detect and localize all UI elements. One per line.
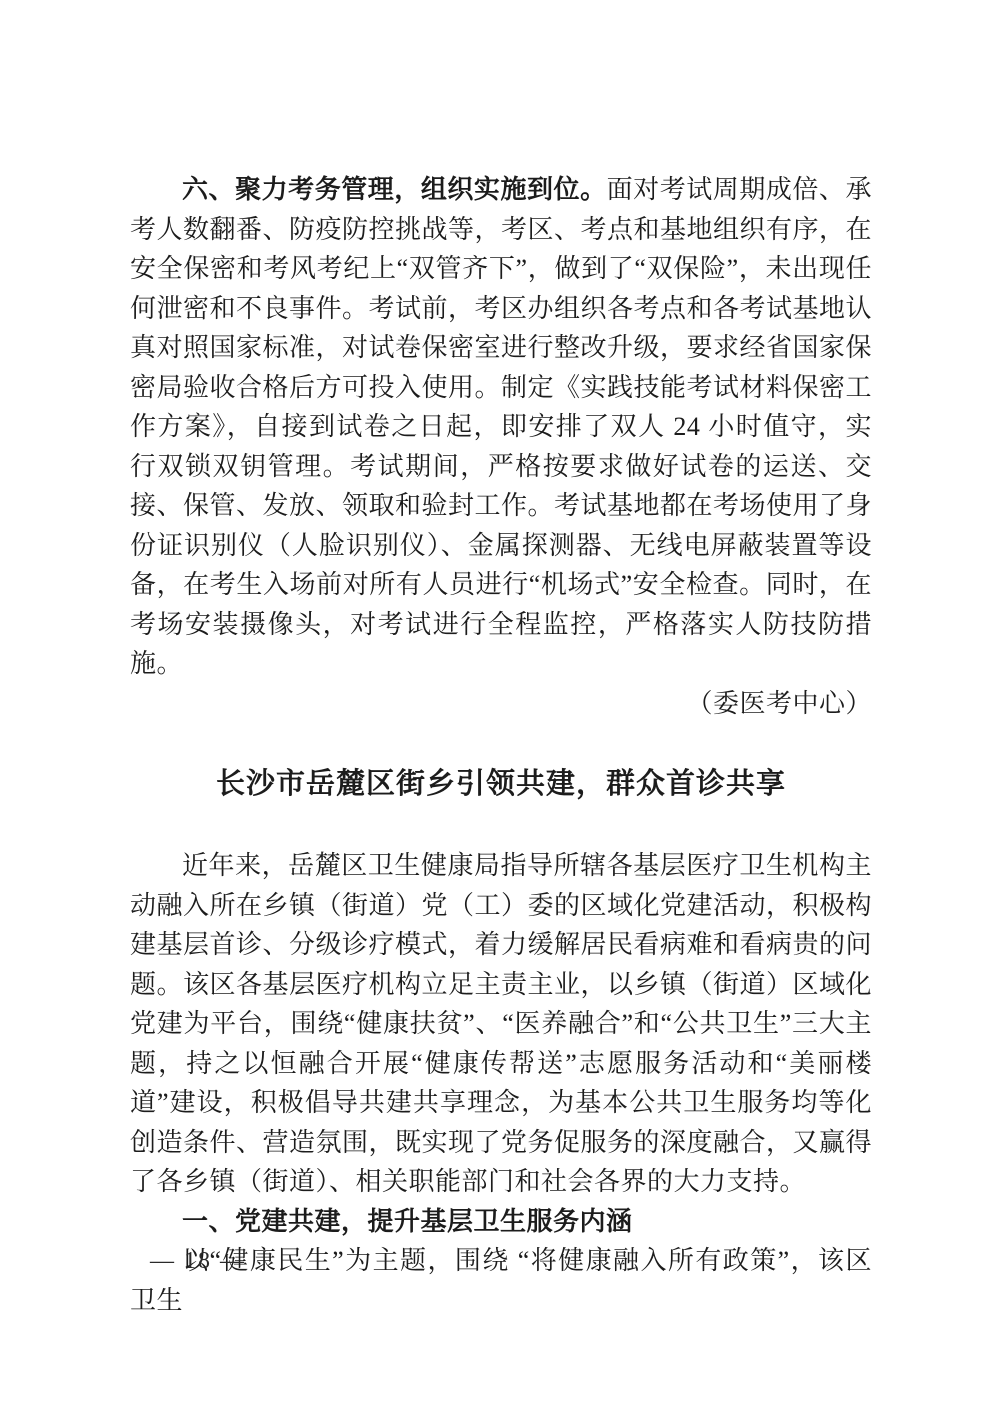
report-section-body: 面对考试周期成倍、承考人数翻番、防疫防控挑战等，考区、考点和基地组织有序，在安全… <box>130 175 872 678</box>
document-page: 六、聚力考务管理，组织实施到位。面对考试周期成倍、承考人数翻番、防疫防控挑战等，… <box>0 0 992 1403</box>
document-content: 六、聚力考务管理，组织实施到位。面对考试周期成倍、承考人数翻番、防疫防控挑战等，… <box>130 170 872 1320</box>
signature-line: （委医考中心） <box>130 684 872 724</box>
page-number: — 18 — <box>150 1248 246 1275</box>
report-section-heading: 六、聚力考务管理，组织实施到位。 <box>182 174 607 204</box>
article-title: 长沙市岳麓区街乡引领共建，群众首诊共享 <box>130 761 872 802</box>
article-subheading: 一、党建共建，提升基层卫生服务内涵 <box>130 1202 872 1242</box>
report-paragraph: 六、聚力考务管理，组织实施到位。面对考试周期成倍、承考人数翻番、防疫防控挑战等，… <box>130 170 872 684</box>
article-paragraph-1: 近年来，岳麓区卫生健康局指导所辖各基层医疗卫生机构主动融入所在乡镇（街道）党（工… <box>130 846 872 1202</box>
